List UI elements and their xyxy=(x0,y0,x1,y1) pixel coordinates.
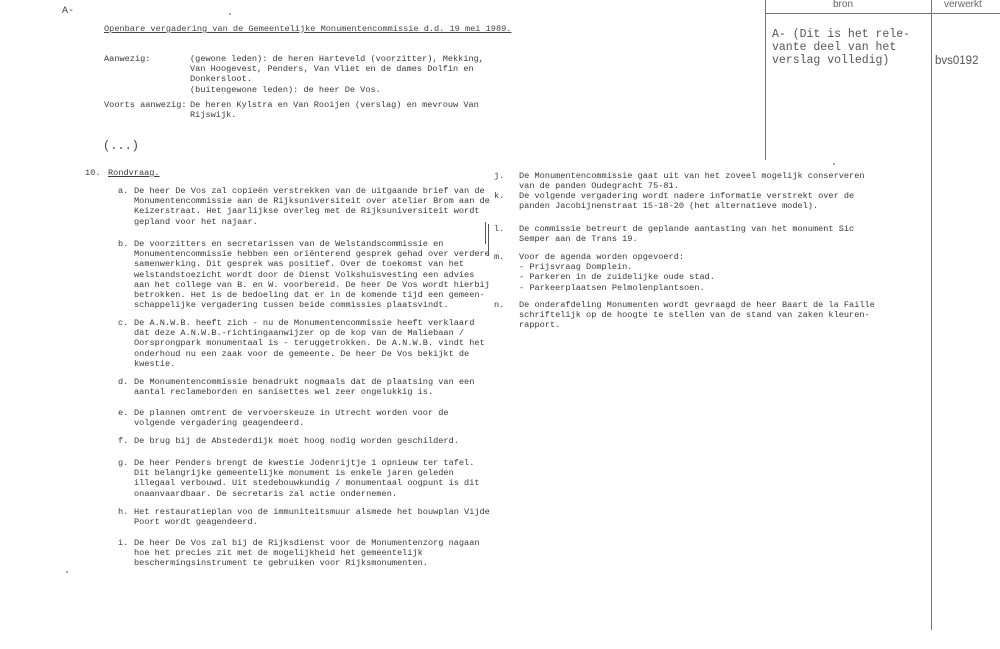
item-line: Oorsprongpark monumentaal is - teruggetr… xyxy=(134,338,485,348)
item-line: De plannen omtrent de vervoerskeuze in U… xyxy=(134,408,449,418)
paper-speck xyxy=(66,571,68,573)
column-header-verwerkt: verwerkt xyxy=(944,0,982,10)
item-letter: b. xyxy=(118,239,130,249)
item-line: Monumentencommissie aan de Rijksuniversi… xyxy=(134,196,490,206)
item-line: De A.N.W.B. heeft zich - nu de Monumente… xyxy=(134,318,474,328)
item-line: - Parkeren in de zuidelijke oude stad. xyxy=(519,272,715,282)
item-line: gepland voor het najaar. xyxy=(134,217,258,227)
item-letter: m. xyxy=(494,252,506,262)
attendance-line: (gewone leden): de heren Harteveld (voor… xyxy=(190,54,520,64)
section-title: Rondvraag. xyxy=(108,168,160,178)
item-line: beschermingsinstrument te gebruiken voor… xyxy=(134,558,428,568)
item-line: illegaal verbouwd. Uit stedebouwkundig /… xyxy=(134,478,480,488)
item-line: dat deze A.N.W.B.-richtingaanwijzer op d… xyxy=(134,328,464,338)
item-line: De commissie betreurt de geplande aantas… xyxy=(519,224,854,234)
item-line: Voor de agenda worden opgevoerd: xyxy=(519,252,684,262)
attendance-line: (buitengewone leden): de heer De Vos. xyxy=(190,85,520,95)
item-letter: h. xyxy=(118,507,130,517)
item-line: hoe het precies zit met de mogelijkheid … xyxy=(134,548,423,558)
also-present-value: De heren Kylstra en Van Rooijen (verslag… xyxy=(190,100,520,120)
item-line: aantal reclameborden en sanisettes wel z… xyxy=(134,387,433,397)
box-left-border xyxy=(765,0,766,160)
box-divider xyxy=(931,0,932,630)
attendance-value: (gewone leden): de heren Harteveld (voor… xyxy=(190,54,520,95)
item-line: Poort wordt geagendeerd. xyxy=(134,517,258,527)
column-header-bron: bron xyxy=(833,0,853,10)
item-line: - Prijsvraag Domplein. xyxy=(519,262,632,272)
item-line: onderhoud nu een zaak voor de gemeente. … xyxy=(134,349,469,359)
margin-bar xyxy=(485,222,486,244)
attendance-label: Aanwezig: xyxy=(104,54,150,64)
item-line: De onderafdeling Monumenten wordt gevraa… xyxy=(519,300,875,310)
item-line: Dit belangrijke gemeentelijke monument i… xyxy=(134,468,454,478)
item-letter: i. xyxy=(118,538,130,548)
item-line: betrokken. Het is de bedoeling dat er in… xyxy=(134,290,485,300)
item-letter: f. xyxy=(118,436,130,446)
item-line: onaanvaardbaar. De secretaris zal actie … xyxy=(134,489,397,499)
item-letter: g. xyxy=(118,458,130,468)
item-line: kwestie. xyxy=(134,359,175,369)
item-line: welstandstoezicht wordt door de Dienst V… xyxy=(134,270,474,280)
item-line: Semper aan de Trans 19. xyxy=(519,234,638,244)
corner-mark: A- xyxy=(62,7,74,17)
section-number: 10. xyxy=(85,168,100,178)
paper-speck xyxy=(833,163,835,165)
item-line: rapport. xyxy=(519,320,560,330)
attendance-line: Donkersloot. xyxy=(190,74,520,84)
item-line: samenwerking. Dit gesprek was positief. … xyxy=(134,259,464,269)
item-line: De brug bij de Abstederdijk moet hoog no… xyxy=(134,436,459,446)
item-line: De heer De Vos zal copieën verstrekken v… xyxy=(134,186,485,196)
item-letter: n. xyxy=(494,300,506,310)
item-line: De volgende vergadering wordt nadere inf… xyxy=(519,191,854,201)
attendance-line: De heren Kylstra en Van Rooijen (verslag… xyxy=(190,100,520,110)
item-line: Het restauratieplan voo de immuniteitsmu… xyxy=(134,507,490,517)
item-line: Keizerstraat. Het jaarlijkse overleg met… xyxy=(134,206,480,216)
attendance-line: Rijswijk. xyxy=(190,110,520,120)
item-letter: e. xyxy=(118,408,130,418)
processed-code: bvs0192 xyxy=(935,56,978,66)
margin-bar xyxy=(488,224,489,256)
item-letter: j. xyxy=(494,171,506,181)
item-line: De voorzitters en secretarissen van de W… xyxy=(134,239,443,249)
source-note: A- (Dit is het rele- vante deel van het … xyxy=(772,28,910,67)
item-letter: k. xyxy=(494,191,506,201)
item-letter: c. xyxy=(118,318,130,328)
attendance-line: Van Hoogevest, Penders, Van Vliet en de … xyxy=(190,64,520,74)
item-letter: l. xyxy=(494,224,506,234)
item-line: Monumentencommissie hebben een oriëntere… xyxy=(134,249,490,259)
item-line: De heer Penders brengt de kwestie Jodenr… xyxy=(134,458,474,468)
also-present-label: Voorts aanwezig: xyxy=(104,100,187,110)
item-line: - Parkeerplaatsen Pelmolenplantsoen. xyxy=(519,283,705,293)
item-letter: a. xyxy=(118,186,130,196)
item-line: De heer De Vos zal bij de Rijksdienst vo… xyxy=(134,538,480,548)
item-line: De Monumentencommissie benadrukt nogmaal… xyxy=(134,377,474,387)
item-line: van de panden Oudegracht 75-81. xyxy=(519,181,679,191)
item-line: volgende vergadering geagendeerd. xyxy=(134,418,304,428)
box-header-rule xyxy=(765,13,1000,14)
item-line: aan het college van B. en W. voorbereid.… xyxy=(134,280,490,290)
omission-marker: (...) xyxy=(103,141,139,151)
item-line: panden Jacobijnenstraat 15-18-20 (het al… xyxy=(519,201,818,211)
paper-speck xyxy=(229,13,231,15)
document-title: Openbare vergadering van de Gemeentelijk… xyxy=(104,24,511,34)
item-line: De Monumentencommissie gaat uit van het … xyxy=(519,171,865,181)
item-line: schriftelijk op de hoogte te stellen van… xyxy=(519,310,870,320)
item-letter: d. xyxy=(118,377,130,387)
item-line: schappelijke vergadering tussen beide co… xyxy=(134,300,449,310)
